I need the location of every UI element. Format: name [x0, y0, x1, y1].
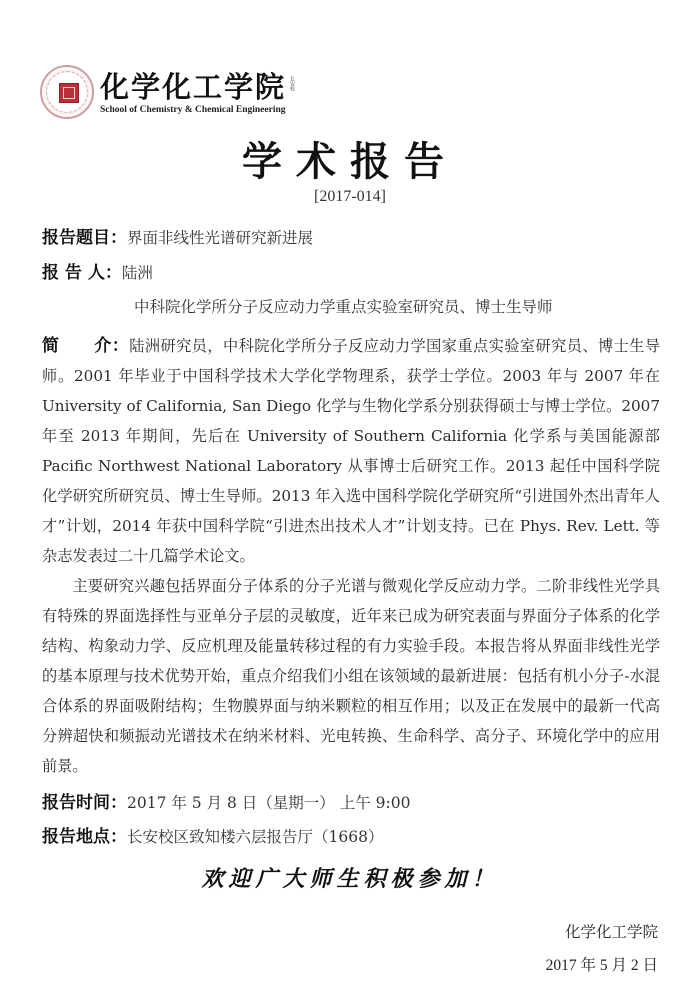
signature-date: 2017 年 5 月 2 日 — [546, 953, 658, 975]
bio-paragraph-1: 简 介：陆洲研究员，中科院化学所分子反应动力学国家重点实验室研究员、博士生导师。… — [42, 331, 660, 571]
signature-organization: 化学化工学院 — [565, 920, 658, 942]
topic-value: 界面非线性光谱研究新进展 — [127, 229, 313, 247]
seal-stamp-icon — [59, 83, 79, 103]
speaker-affiliation: 中科院化学所分子反应动力学重点实验室研究员、博士生导师 — [134, 296, 553, 318]
time-value: 2017 年 5 月 8 日（星期一） 上午 9:00 — [127, 794, 410, 812]
welcome-message: 欢迎广大师生积极参加！ — [0, 862, 700, 893]
university-seal-icon — [40, 65, 94, 119]
time-field: 报告时间：2017 年 5 月 8 日（星期一） 上午 9:00 — [42, 792, 410, 814]
bio-label: 简 介： — [42, 336, 129, 356]
school-name-cn: 化学化工学院 — [100, 70, 286, 104]
reference-number: [2017-014] — [0, 188, 700, 206]
school-brand: 化学化工学院 长安校 School of Chemistry & Chemica… — [100, 70, 296, 115]
bio-text-1: 陆洲研究员，中科院化学所分子反应动力学国家重点实验室研究员、博士生导师。2001… — [42, 337, 660, 565]
place-field: 报告地点：长安校区致知楼六层报告厅（1668） — [42, 826, 383, 848]
time-label: 报告时间： — [42, 793, 127, 813]
school-tiny-text: 长安校 — [289, 76, 296, 91]
speaker-field: 报 告 人：陆洲 — [42, 262, 153, 284]
speaker-value: 陆洲 — [122, 264, 153, 282]
topic-label: 报告题目： — [42, 228, 127, 248]
school-name-en: School of Chemistry & Chemical Engineeri… — [100, 105, 296, 115]
topic-field: 报告题目：界面非线性光谱研究新进展 — [42, 227, 313, 249]
place-label: 报告地点： — [42, 827, 127, 847]
header: 化学化工学院 长安校 School of Chemistry & Chemica… — [40, 62, 296, 122]
page-title: 学术报告 — [0, 130, 700, 187]
bio-section: 简 介：陆洲研究员，中科院化学所分子反应动力学国家重点实验室研究员、博士生导师。… — [42, 331, 660, 781]
place-value: 长安校区致知楼六层报告厅（1668） — [127, 828, 383, 846]
speaker-label: 报 告 人： — [42, 263, 122, 283]
bio-paragraph-2: 主要研究兴趣包括界面分子体系的分子光谱与微观化学反应动力学。二阶非线性光学具有特… — [42, 571, 660, 781]
